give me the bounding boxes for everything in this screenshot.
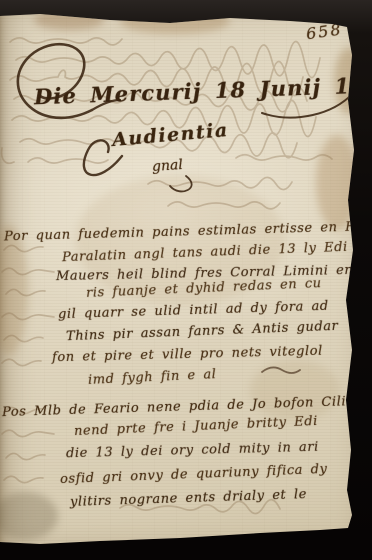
body-line: gil quarr se ulid intil ad dy fora ad bbox=[58, 299, 329, 322]
body-line: imd fygh fin e al bbox=[88, 367, 217, 388]
body-line: die 13 ly dei ory cold mity in ari bbox=[66, 440, 319, 462]
subheading-note: gnal bbox=[151, 157, 183, 175]
body-line: fon et pire et ville pro nets viteglol bbox=[52, 344, 323, 366]
manuscript-page: 658 Die Mercurij 18 Junij 1631 Audientia… bbox=[0, 0, 372, 560]
body-line: osfid gri onvy de quariuny fifica dy bbox=[60, 462, 328, 487]
body-line: Paralatin angl tans audi die 13 ly Edi bbox=[62, 240, 348, 265]
body-line: Thins pir assan fanrs & Antis gudar bbox=[66, 319, 339, 344]
subheading-audientia: Audientia bbox=[111, 119, 229, 151]
body-line: ylitirs nograne ents drialy et le bbox=[70, 487, 307, 510]
date-heading: Die Mercurij 18 Junij 1631 bbox=[34, 72, 372, 110]
body-line: nend prte fre i Juanje britty Edi bbox=[74, 414, 318, 439]
paper-stain bbox=[0, 492, 58, 540]
paper-stain bbox=[0, 225, 28, 355]
